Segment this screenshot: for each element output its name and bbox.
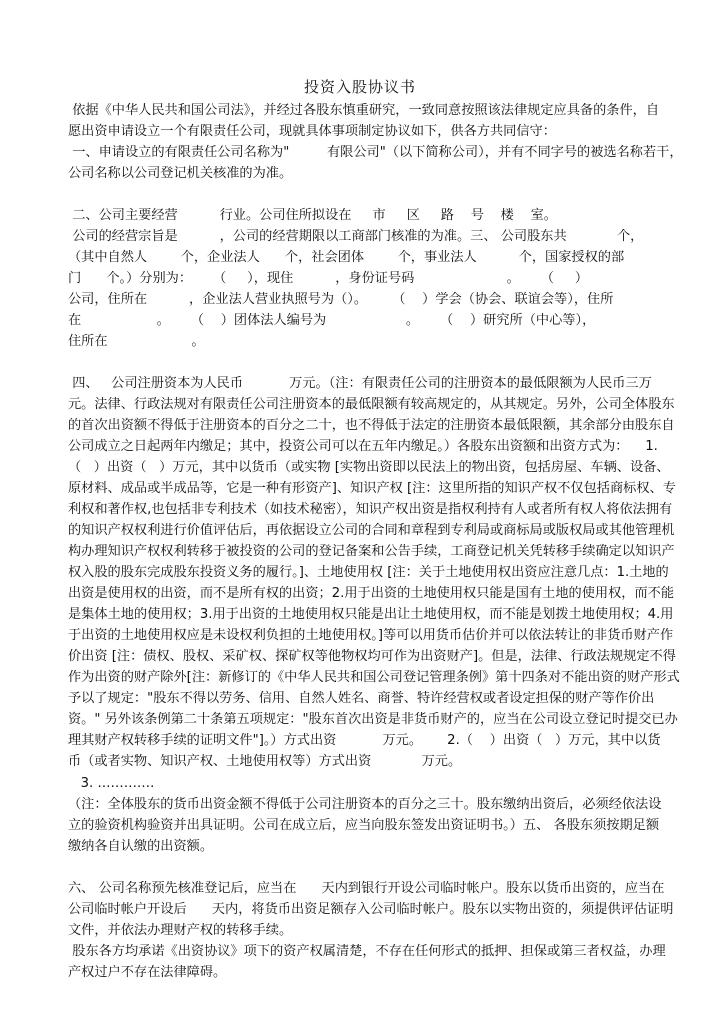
paragraph-line: 六、 公司名称预先核准登记后，应当在 天内到银行开设公司临时帐户。股东以货币出资…	[68, 878, 664, 899]
paragraph-line: 构办理知识产权权利转移于被投资的公司的登记备案和公告手续，工商登记机关凭转移手续…	[68, 541, 675, 562]
paragraph-line: 权入股的股东完成股东投资义务的履行。]、土地使用权 [注：关于土地使用权出资应注…	[68, 562, 669, 583]
paragraph-line: 一、申请设立的有限责任公司名称为" 有限公司"（以下简称公司），并有不同字号的被…	[68, 142, 683, 163]
paragraph-line: 的首次出资额不得低于注册资本的百分之二十，也不得低于法定的注册资本最低限额，其余…	[68, 415, 675, 436]
paragraph-line: 门 个。）分别为： （ ），现住 ，身份证号码 。 （ ）	[68, 268, 588, 289]
paragraph-line: 依据《中华人民共和国公司法》，并经过各股东慎重研究，一致同意按照该法律规定应具备…	[68, 100, 659, 121]
paragraph-line: 文件，并依法办理财产权的转移手续。	[68, 920, 292, 941]
paragraph-line: 元。法律、行政法规对有限责任公司注册资本的最低限额有较高规定的，从其规定。另外，…	[68, 394, 675, 415]
paragraph-line: 理其财产权转移手续的证明文件"]。）方式出资 万元。 2.（ ）出资（ ）万元，…	[68, 730, 661, 751]
paragraph-line: （注：全体股东的货币出资金额不得低于公司注册资本的百分之三十。股东缴纳出资后，必…	[68, 794, 661, 815]
paragraph-line: 于出资的土地使用权应是未设权利负担的土地使用权。]等可以用货币估价并可以依法转让…	[68, 625, 673, 646]
paragraph-line: （其中自然人 个，企业法人 个，社会团体 个，事业法人 个，国家授权的部	[68, 247, 624, 268]
paragraph-line: （ ）出资（ ）万元，其中以货币（或实物 [实物出资即以民法上的物出资，包括房屋…	[68, 457, 670, 478]
paragraph-line: 股东各方均承诺《出资协议》项下的资产权属清楚，不存在任何形式的抵押、担保或第三者…	[68, 941, 666, 962]
document-title: 投资入股协议书	[0, 76, 720, 97]
paragraph-line: 予以了规定："股东不得以劳务、信用、自然人姓名、商誉、特许经营权或者设定担保的财…	[68, 688, 654, 709]
paragraph-line: 公司名称以公司登记机关核准的为准。	[68, 163, 292, 184]
paragraph-line: 二、公司主要经营 行业。公司住所拟设在 市 区 路 号 楼 室。	[68, 205, 557, 226]
paragraph-line: 立的验资机构验资并出具证明。公司在成立后，应当向股东签发出资证明书。）五、 各股…	[68, 815, 659, 836]
paragraph-line: 四、 公司注册资本为人民币 万元。（注：有限责任公司的注册资本的最低限额为人民币…	[68, 373, 652, 394]
paragraph-line: 作为出资的财产除外[注：新修订的《中华人民共和国公司登记管理条例》第十四条对不能…	[68, 667, 680, 688]
paragraph-line: 是集体土地的使用权；3.用于出资的土地使用权只能是出让土地使用权，而不能是划拨土…	[68, 604, 673, 625]
paragraph-line: 愿出资申请设立一个有限责任公司，现就具体事项制定协议如下，供各方共同信守：	[68, 121, 556, 142]
paragraph-line: 公司，住所在 ，企业法人营业执照号为（）。 （ ）学会（协会、联谊会等），住所	[68, 289, 613, 310]
paragraph-line: 缴纳各自认缴的出资额。	[68, 836, 213, 857]
paragraph-line: 出资是使用权的出资，而不是所有权的出资；2.用于出资的土地使用权只能是国有土地的…	[68, 583, 674, 604]
paragraph-line: 利权和著作权,也包括非专利技术（如技术秘密），知识产权出资是指权利持有人或者所有…	[68, 499, 672, 520]
paragraph-line: 的知识产权权利进行价值评估后，再依据设立公司的合同和章程到专利局或商标局或版权局…	[68, 520, 675, 541]
paragraph-line: 资。" 另外该条例第二十条第五项规定："股东首次出资是非货币财产的，应当在公司设…	[68, 709, 678, 730]
paragraph-line: 原材料、成品或半成品等，它是一种有形资产]、知识产权 [注：这里所指的知识产权不…	[68, 478, 676, 499]
paragraph-line: 价出资 [注：债权、股权、采矿权、探矿权等他物权均可作为出资财产]。但是，法律、…	[68, 646, 676, 667]
paragraph-line: 住所在 。	[68, 331, 205, 352]
paragraph-line: 产权过户不存在法律障碍。	[68, 962, 226, 983]
paragraph-line: 公司的经营宗旨是 ，公司的经营期限以工商部门核准的为准。三、 公司股东共 个，	[68, 226, 643, 247]
paragraph-line: 公司成立之日起两年内缴足；其中，投资公司可以在五年内缴足。）各股东出资额和出资方…	[68, 436, 658, 457]
paragraph-line: 在 。 （ ）团体法人编号为 。 （ ）研究所（中心等），	[68, 310, 595, 331]
paragraph-line: 公司临时帐户开设后 天内，将货币出资足额存入公司临时帐户。股东以实物出资的，须提…	[68, 899, 673, 920]
paragraph-line: 3. ………….	[68, 773, 154, 794]
paragraph-line: 币（或者实物、知识产权、土地使用权等）方式出资 万元。	[68, 751, 461, 772]
